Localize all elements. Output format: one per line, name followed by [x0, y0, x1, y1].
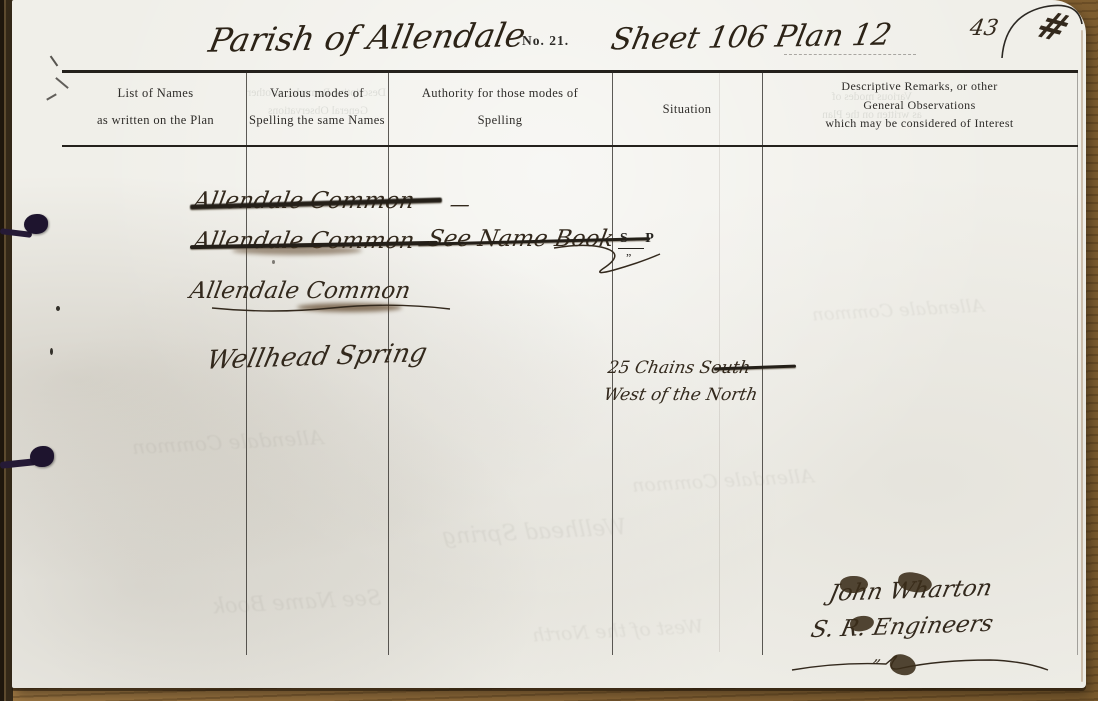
column-divider-4 — [762, 71, 763, 655]
underline-flourish-row3 — [212, 300, 452, 318]
bleedthrough-script: Allendale Common — [812, 296, 985, 326]
pencil-mark — [46, 93, 57, 100]
header-line: List of Names — [65, 80, 246, 107]
pencil-mark — [50, 56, 59, 67]
bleedthrough-script: Wellhead Spring — [441, 515, 626, 550]
bleedthrough-header-text: Descriptive Remarks, or otherGeneral Obs… — [250, 84, 386, 120]
header-line: as written on the Plan — [65, 107, 246, 134]
sheet-baseline-dots — [784, 28, 916, 55]
binding-knot — [30, 446, 54, 467]
situation-row4-line2: West of the North — [602, 385, 759, 405]
header-bottom-rule — [62, 145, 1078, 147]
ditto-mark-row2: „ — [626, 244, 632, 259]
table-top-rule — [62, 70, 1078, 73]
header-line: Spelling — [388, 107, 612, 134]
entry-name-row4: Wellhead Spring — [204, 338, 430, 376]
document-page: Parish of Allendale No. 21. Sheet 106 Pl… — [12, 0, 1086, 688]
ink-speck — [56, 306, 60, 311]
bleedthrough-header-text: Various modes ofas written on the Plan — [782, 88, 962, 124]
column-header-authority: Authority for those modes of Spelling — [388, 80, 612, 134]
bleedthrough-script: Allendale Common — [632, 465, 815, 496]
dash-after-row1: — — [448, 192, 472, 216]
column-header-names: List of Names as written on the Plan — [65, 80, 246, 134]
bleedthrough-script: See Name Book — [211, 586, 381, 619]
parish-title-script: Parish of Allendale — [206, 15, 529, 59]
header-line: Authority for those modes of — [388, 80, 612, 107]
page-number-script: 43 — [968, 16, 1000, 41]
form-number-label: No. 21. — [522, 33, 569, 49]
bleedthrough-script: West of the North — [532, 616, 704, 647]
bleedthrough-script: Allendale Common — [132, 425, 324, 459]
scanned-name-book-page: { "header": { "parish": "Parish of Allen… — [0, 0, 1098, 701]
ink-speck — [50, 348, 53, 355]
signature-title: S. R. Engineers — [808, 611, 995, 643]
ink-speck — [272, 260, 275, 264]
binding-knot — [24, 214, 48, 234]
signature-flourish — [790, 646, 1050, 688]
column-header-situation: Situation — [612, 96, 762, 123]
header-line: Situation — [612, 96, 762, 123]
table-right-border — [1077, 71, 1078, 655]
